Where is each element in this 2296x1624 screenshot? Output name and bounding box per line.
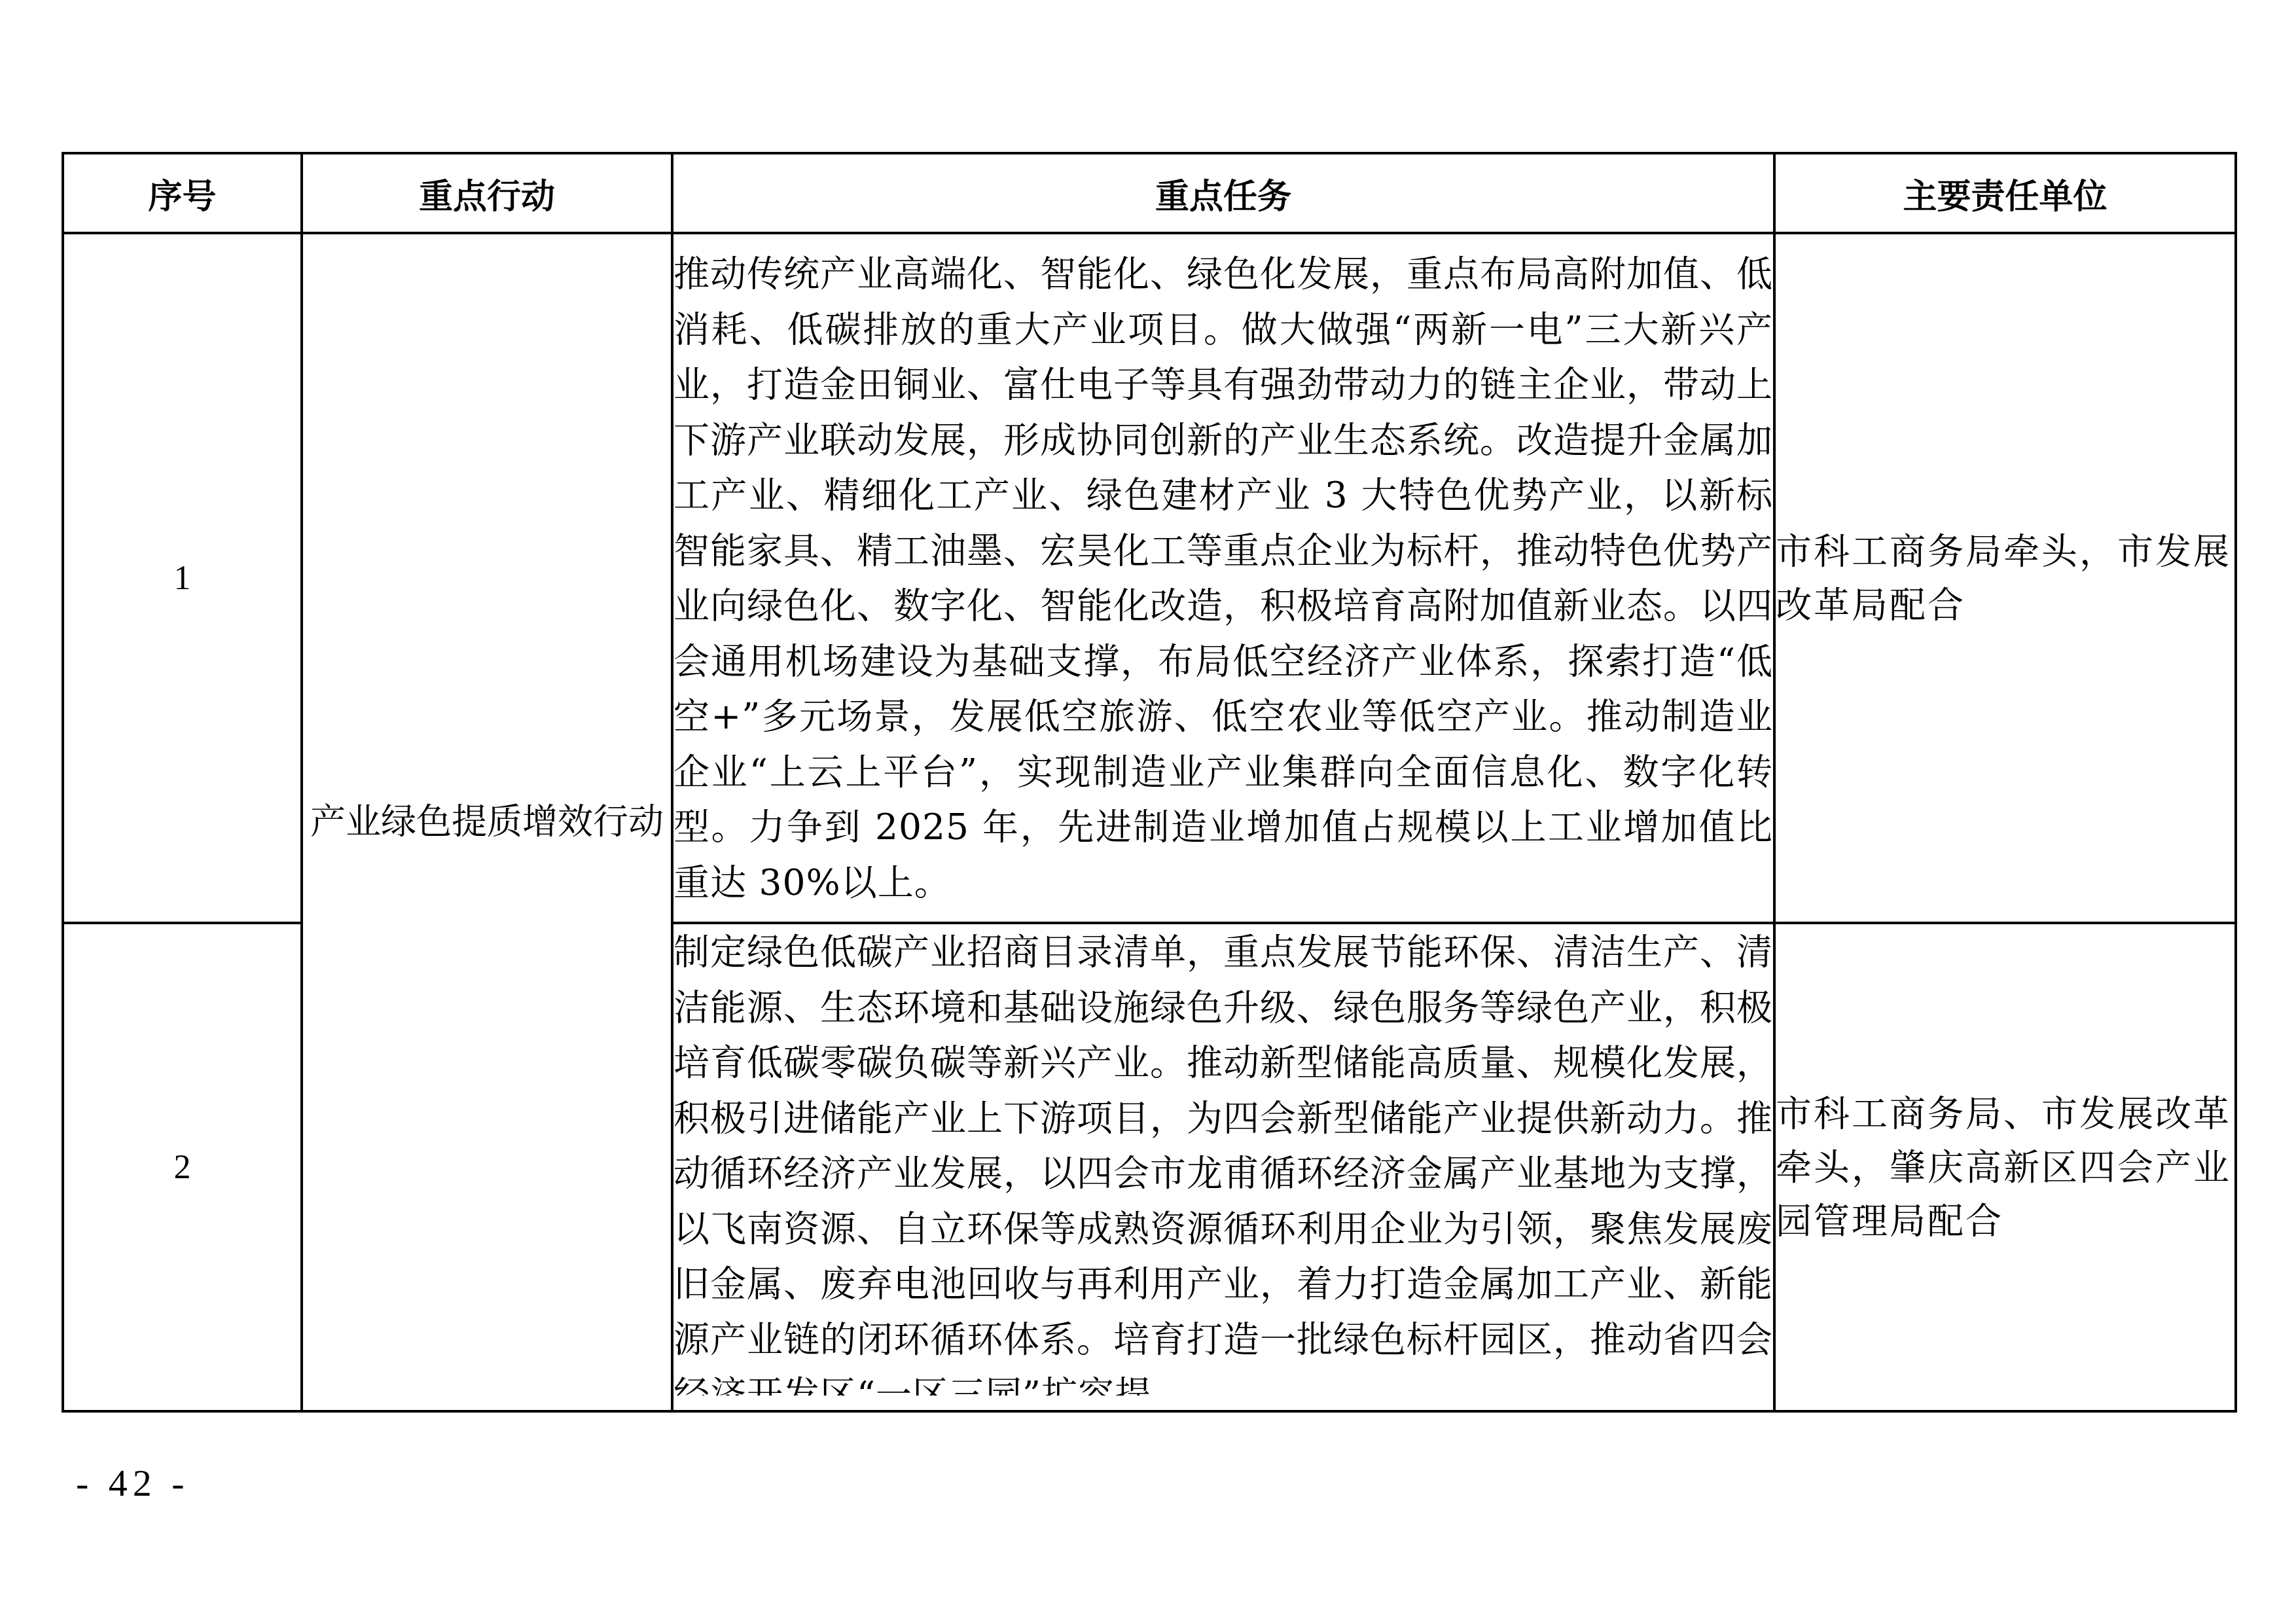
responsible-unit-cell: 市科工商务局、市发展改革牵头，肇庆高新区四会产业园管理局配合: [1774, 923, 2236, 1411]
responsible-unit-cell: 市科工商务局牵头，市发展改革局配合: [1774, 233, 2236, 923]
action-table-container: 序号 重点行动 重点任务 主要责任单位 1 产业绿色提质增效行动 推动传统产业高…: [62, 152, 2234, 1413]
serial-number-cell: 1: [63, 233, 302, 923]
header-key-action: 重点行动: [302, 153, 672, 233]
key-task-cell: 推动传统产业高端化、智能化、绿色化发展，重点布局高附加值、低消耗、低碳排放的重大…: [672, 233, 1774, 923]
key-task-text: 制定绿色低碳产业招商目录清单，重点发展节能环保、清洁生产、清洁能源、生态环境和基…: [673, 924, 1773, 1396]
table-header-row: 序号 重点行动 重点任务 主要责任单位: [63, 153, 2236, 233]
serial-number-cell: 2: [63, 923, 302, 1411]
header-responsible-unit: 主要责任单位: [1774, 153, 2236, 233]
table-row: 1 产业绿色提质增效行动 推动传统产业高端化、智能化、绿色化发展，重点布局高附加…: [63, 233, 2236, 923]
action-table: 序号 重点行动 重点任务 主要责任单位 1 产业绿色提质增效行动 推动传统产业高…: [62, 152, 2237, 1413]
header-serial-number: 序号: [63, 153, 302, 233]
page-number: - 42 -: [76, 1461, 190, 1505]
header-key-task: 重点任务: [672, 153, 1774, 233]
key-task-cell: 制定绿色低碳产业招商目录清单，重点发展节能环保、清洁生产、清洁能源、生态环境和基…: [672, 923, 1774, 1411]
key-action-cell: 产业绿色提质增效行动: [302, 233, 672, 1411]
